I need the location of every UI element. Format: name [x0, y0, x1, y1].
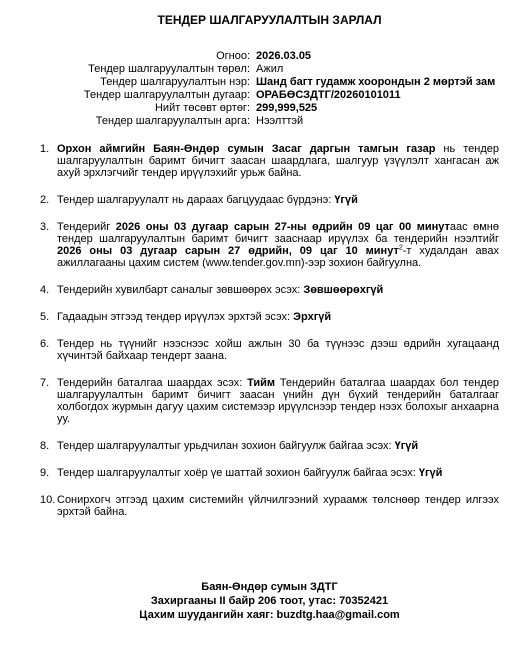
- field-date-value: 2026.03.05: [256, 50, 499, 63]
- bold-text-run: Үгүй: [334, 194, 358, 206]
- field-date: Огноо: 2026.03.05: [40, 50, 499, 63]
- list-item-9: 9. Тендер шалгаруулалтыг хоёр үе шаттай …: [40, 467, 499, 479]
- bold-text-run: Үгүй: [395, 440, 419, 452]
- list-item-number: 7.: [40, 377, 57, 425]
- list-item-4: 4. Тендерийн хувилбарт саналыг зөвшөөрөх…: [40, 284, 499, 296]
- list-item-10: 10. Сонирхогч этгээд цахим системийн үйл…: [40, 494, 499, 518]
- bold-text-run: 2026 оны 03 дугаар сарын 27 өдрийн, 09 ц…: [57, 245, 399, 257]
- bold-text-run: Үгүй: [419, 467, 443, 479]
- list-item-number: 1.: [40, 143, 57, 179]
- list-item-number: 2.: [40, 194, 57, 206]
- field-method-value: Нээлттэй: [256, 115, 499, 128]
- list-item-number: 5.: [40, 311, 57, 323]
- list-item-number: 8.: [40, 440, 57, 452]
- list-item-text: Тендерийг 2026 оны 03 дугаар сарын 27-ны…: [57, 221, 499, 269]
- text-run: Сонирхогч этгээд цахим системийн үйлчилг…: [57, 494, 499, 518]
- text-run: Тендер шалгаруулалт нь дараах багцуудаас…: [57, 194, 334, 206]
- bold-text-run: 2026 оны 03 дугаар сарын 27-ны өдрийн 09…: [116, 221, 450, 233]
- bold-text-run: Зөвшөөрөхгүй: [303, 284, 383, 296]
- list-item-1: 1. Орхон аймгийн Баян-Өндөр сумын Засаг …: [40, 143, 499, 179]
- text-run: Тендерийн баталгаа шаардах эсэх:: [57, 377, 247, 389]
- list-item-text: Тендер шалгаруулалтыг урьдчилан зохион б…: [57, 440, 499, 452]
- field-budget: Нийт төсөвт өртөг: 299,999,525: [40, 102, 499, 115]
- list-item-8: 8. Тендер шалгаруулалтыг урьдчилан зохио…: [40, 440, 499, 452]
- list-item-text: Тендер шалгаруулалт нь дараах багцуудаас…: [57, 194, 499, 206]
- bold-text-run: Эрхгүй: [293, 311, 331, 323]
- text-run: Тендерийн хувилбарт саналыг зөвшөөрөх эс…: [57, 284, 303, 296]
- field-method: Тендер шалгаруулалтын арга: Нээлттэй: [40, 115, 499, 128]
- footer-address-phone: Захиргааны II байр 206 тоот, утас: 70352…: [40, 594, 499, 608]
- document-title: ТЕНДЕР ШАЛГАРУУЛАЛТЫН ЗАРЛАЛ: [40, 14, 499, 27]
- field-name-value: Шанд багт гудамж хоорондын 2 мөртэй зам: [256, 76, 499, 89]
- list-item-7: 7. Тендерийн баталгаа шаардах эсэх: Тийм…: [40, 377, 499, 425]
- field-type: Тендер шалгаруулалтын төрөл: Ажил: [40, 63, 499, 76]
- list-item-5: 5. Гадаадын этгээд тендер ирүүлэх эрхтэй…: [40, 311, 499, 323]
- list-item-text: Гадаадын этгээд тендер ирүүлэх эрхтэй эс…: [57, 311, 499, 323]
- numbered-list: 1. Орхон аймгийн Баян-Өндөр сумын Засаг …: [40, 143, 499, 518]
- list-item-number: 9.: [40, 467, 57, 479]
- list-item-3: 3. Тендерийг 2026 оны 03 дугаар сарын 27…: [40, 221, 499, 269]
- field-name-label: Тендер шалгаруулалтын нэр:: [40, 76, 250, 89]
- field-number-value: ОРАБӨСЗДТГ/20260101011: [256, 89, 499, 102]
- field-number: Тендер шалгаруулалтын дугаар: ОРАБӨСЗДТГ…: [40, 89, 499, 102]
- list-item-6: 6. Тендер нь түүнийг нээснээс хойш ажлын…: [40, 338, 499, 362]
- list-item-text: Тендерийн хувилбарт саналыг зөвшөөрөх эс…: [57, 284, 499, 296]
- field-name: Тендер шалгаруулалтын нэр: Шанд багт гуд…: [40, 76, 499, 89]
- field-number-label: Тендер шалгаруулалтын дугаар:: [40, 89, 250, 102]
- list-item-text: Сонирхогч этгээд цахим системийн үйлчилг…: [57, 494, 499, 518]
- field-type-value: Ажил: [256, 63, 499, 76]
- list-item-text: Орхон аймгийн Баян-Өндөр сумын Засаг дар…: [57, 143, 499, 179]
- field-type-label: Тендер шалгаруулалтын төрөл:: [40, 63, 250, 76]
- field-method-label: Тендер шалгаруулалтын арга:: [40, 115, 250, 128]
- list-item-2: 2. Тендер шалгаруулалт нь дараах багцууд…: [40, 194, 499, 206]
- text-run: Тендерийг: [57, 221, 116, 233]
- header-fields: Огноо: 2026.03.05 Тендер шалгаруулалтын …: [40, 50, 499, 128]
- field-date-label: Огноо:: [40, 50, 250, 63]
- document-footer: Баян-Өндөр сумын ЗДТГ Захиргааны II байр…: [40, 580, 499, 622]
- list-item-number: 6.: [40, 338, 57, 362]
- list-item-text: Тендер шалгаруулалтыг хоёр үе шаттай зох…: [57, 467, 499, 479]
- footer-email: Цахим шуудангийн хаяг: buzdtg.haa@gmail.…: [40, 608, 499, 622]
- footer-organization: Баян-Өндөр сумын ЗДТГ: [40, 580, 499, 594]
- text-run: Тендер нь түүнийг нээснээс хойш ажлын 30…: [57, 338, 499, 362]
- text-run: Гадаадын этгээд тендер ирүүлэх эрхтэй эс…: [57, 311, 293, 323]
- list-item-text: Тендер нь түүнийг нээснээс хойш ажлын 30…: [57, 338, 499, 362]
- list-item-number: 4.: [40, 284, 57, 296]
- list-item-number: 10.: [40, 494, 57, 518]
- list-item-text: Тендерийн баталгаа шаардах эсэх: Тийм Те…: [57, 377, 499, 425]
- text-run: Тендер шалгаруулалтыг хоёр үе шаттай зох…: [57, 467, 419, 479]
- tender-announcement-document: ТЕНДЕР ШАЛГАРУУЛАЛТЫН ЗАРЛАЛ Огноо: 2026…: [0, 0, 511, 651]
- bold-text-run: Тийм: [247, 377, 275, 389]
- bold-text-run: Орхон аймгийн Баян-Өндөр сумын Засаг дар…: [57, 143, 435, 155]
- list-item-number: 3.: [40, 221, 57, 269]
- field-budget-label: Нийт төсөвт өртөг:: [40, 102, 250, 115]
- text-run: Тендер шалгаруулалтыг урьдчилан зохион б…: [57, 440, 395, 452]
- field-budget-value: 299,999,525: [256, 102, 499, 115]
